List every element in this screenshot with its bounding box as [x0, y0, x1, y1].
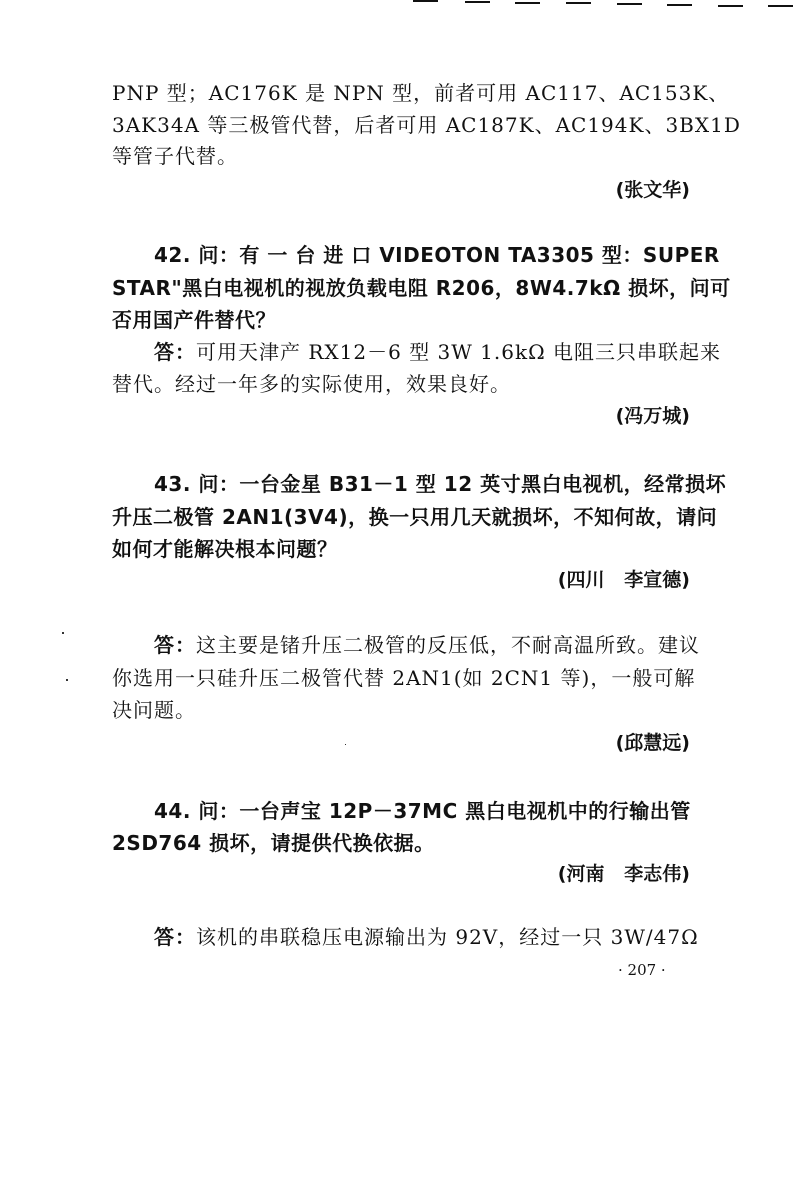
answer-line: 答：该机的串联稳压电源输出为 92V，经过一只 3W/47Ω	[154, 925, 699, 949]
answer-label: 答：	[154, 633, 196, 657]
scan-speck	[66, 679, 68, 681]
answer-line: 替代。经过一年多的实际使用，效果良好。	[112, 372, 511, 396]
answer-line: 答：这主要是锗升压二极管的反压低，不耐高温所致。建议	[154, 633, 700, 657]
question-line: 2SD764 损坏，请提供代换依据。	[112, 831, 435, 855]
header-dash	[768, 5, 793, 7]
answer-label: 答：	[154, 340, 196, 364]
asker-attribution: (河南 李志伟)	[558, 862, 690, 886]
header-dash	[667, 4, 692, 6]
question-line: 43. 问：一台金星 B31－1 型 12 英寸黑白电视机，经常损坏	[154, 472, 726, 496]
header-dash	[465, 1, 490, 3]
answer-text: 该机的串联稳压电源输出为 92V，经过一只 3W/47Ω	[196, 925, 699, 949]
attribution: (冯万城)	[616, 404, 690, 428]
attribution: (张文华)	[616, 178, 690, 202]
header-dash	[617, 3, 642, 5]
answer-line: 决问题。	[112, 698, 196, 722]
header-dash	[566, 2, 591, 4]
attribution: (邱慧远)	[616, 731, 690, 755]
question-line: 44. 问：一台声宝 12P－37MC 黑白电视机中的行输出管	[154, 799, 691, 823]
question-line: 如何才能解决根本问题？	[112, 537, 338, 561]
answer-text: 这主要是锗升压二极管的反压低，不耐高温所致。建议	[196, 633, 700, 657]
answer-line: 答：可用天津产 RX12－6 型 3W 1.6kΩ 电阻三只串联起来	[154, 340, 721, 364]
answer-line: 你选用一只硅升压二极管代替 2AN1(如 2CN1 等)，一般可解	[112, 666, 695, 690]
question-line: STAR"黑白电视机的视放负载电阻 R206，8W4.7kΩ 损坏，问可	[112, 276, 731, 300]
page-number: · 207 ·	[618, 960, 666, 980]
scan-speck	[62, 632, 64, 634]
text-line: PNP 型；AC176K 是 NPN 型，前者可用 AC117、AC153K、	[112, 81, 729, 105]
header-dash	[515, 2, 540, 4]
question-line: 否用国产件替代？	[112, 308, 276, 332]
asker-attribution: (四川 李宣德)	[558, 568, 690, 592]
answer-text: 可用天津产 RX12－6 型 3W 1.6kΩ 电阻三只串联起来	[196, 340, 721, 364]
header-dash	[718, 5, 743, 7]
question-line: 42. 问：有 一 台 进 口 VIDEOTON TA3305 型：SUPER	[154, 243, 720, 267]
question-line: 升压二极管 2AN1(3V4)，换一只用几天就损坏，不知何故，请问	[112, 505, 717, 529]
text-line: 3AK34A 等三极管代替，后者可用 AC187K、AC194K、3BX1D	[112, 113, 741, 137]
text-line: 等管子代替。	[112, 144, 238, 168]
scan-speck	[345, 744, 346, 745]
header-dash	[413, 0, 438, 2]
answer-label: 答：	[154, 925, 196, 949]
